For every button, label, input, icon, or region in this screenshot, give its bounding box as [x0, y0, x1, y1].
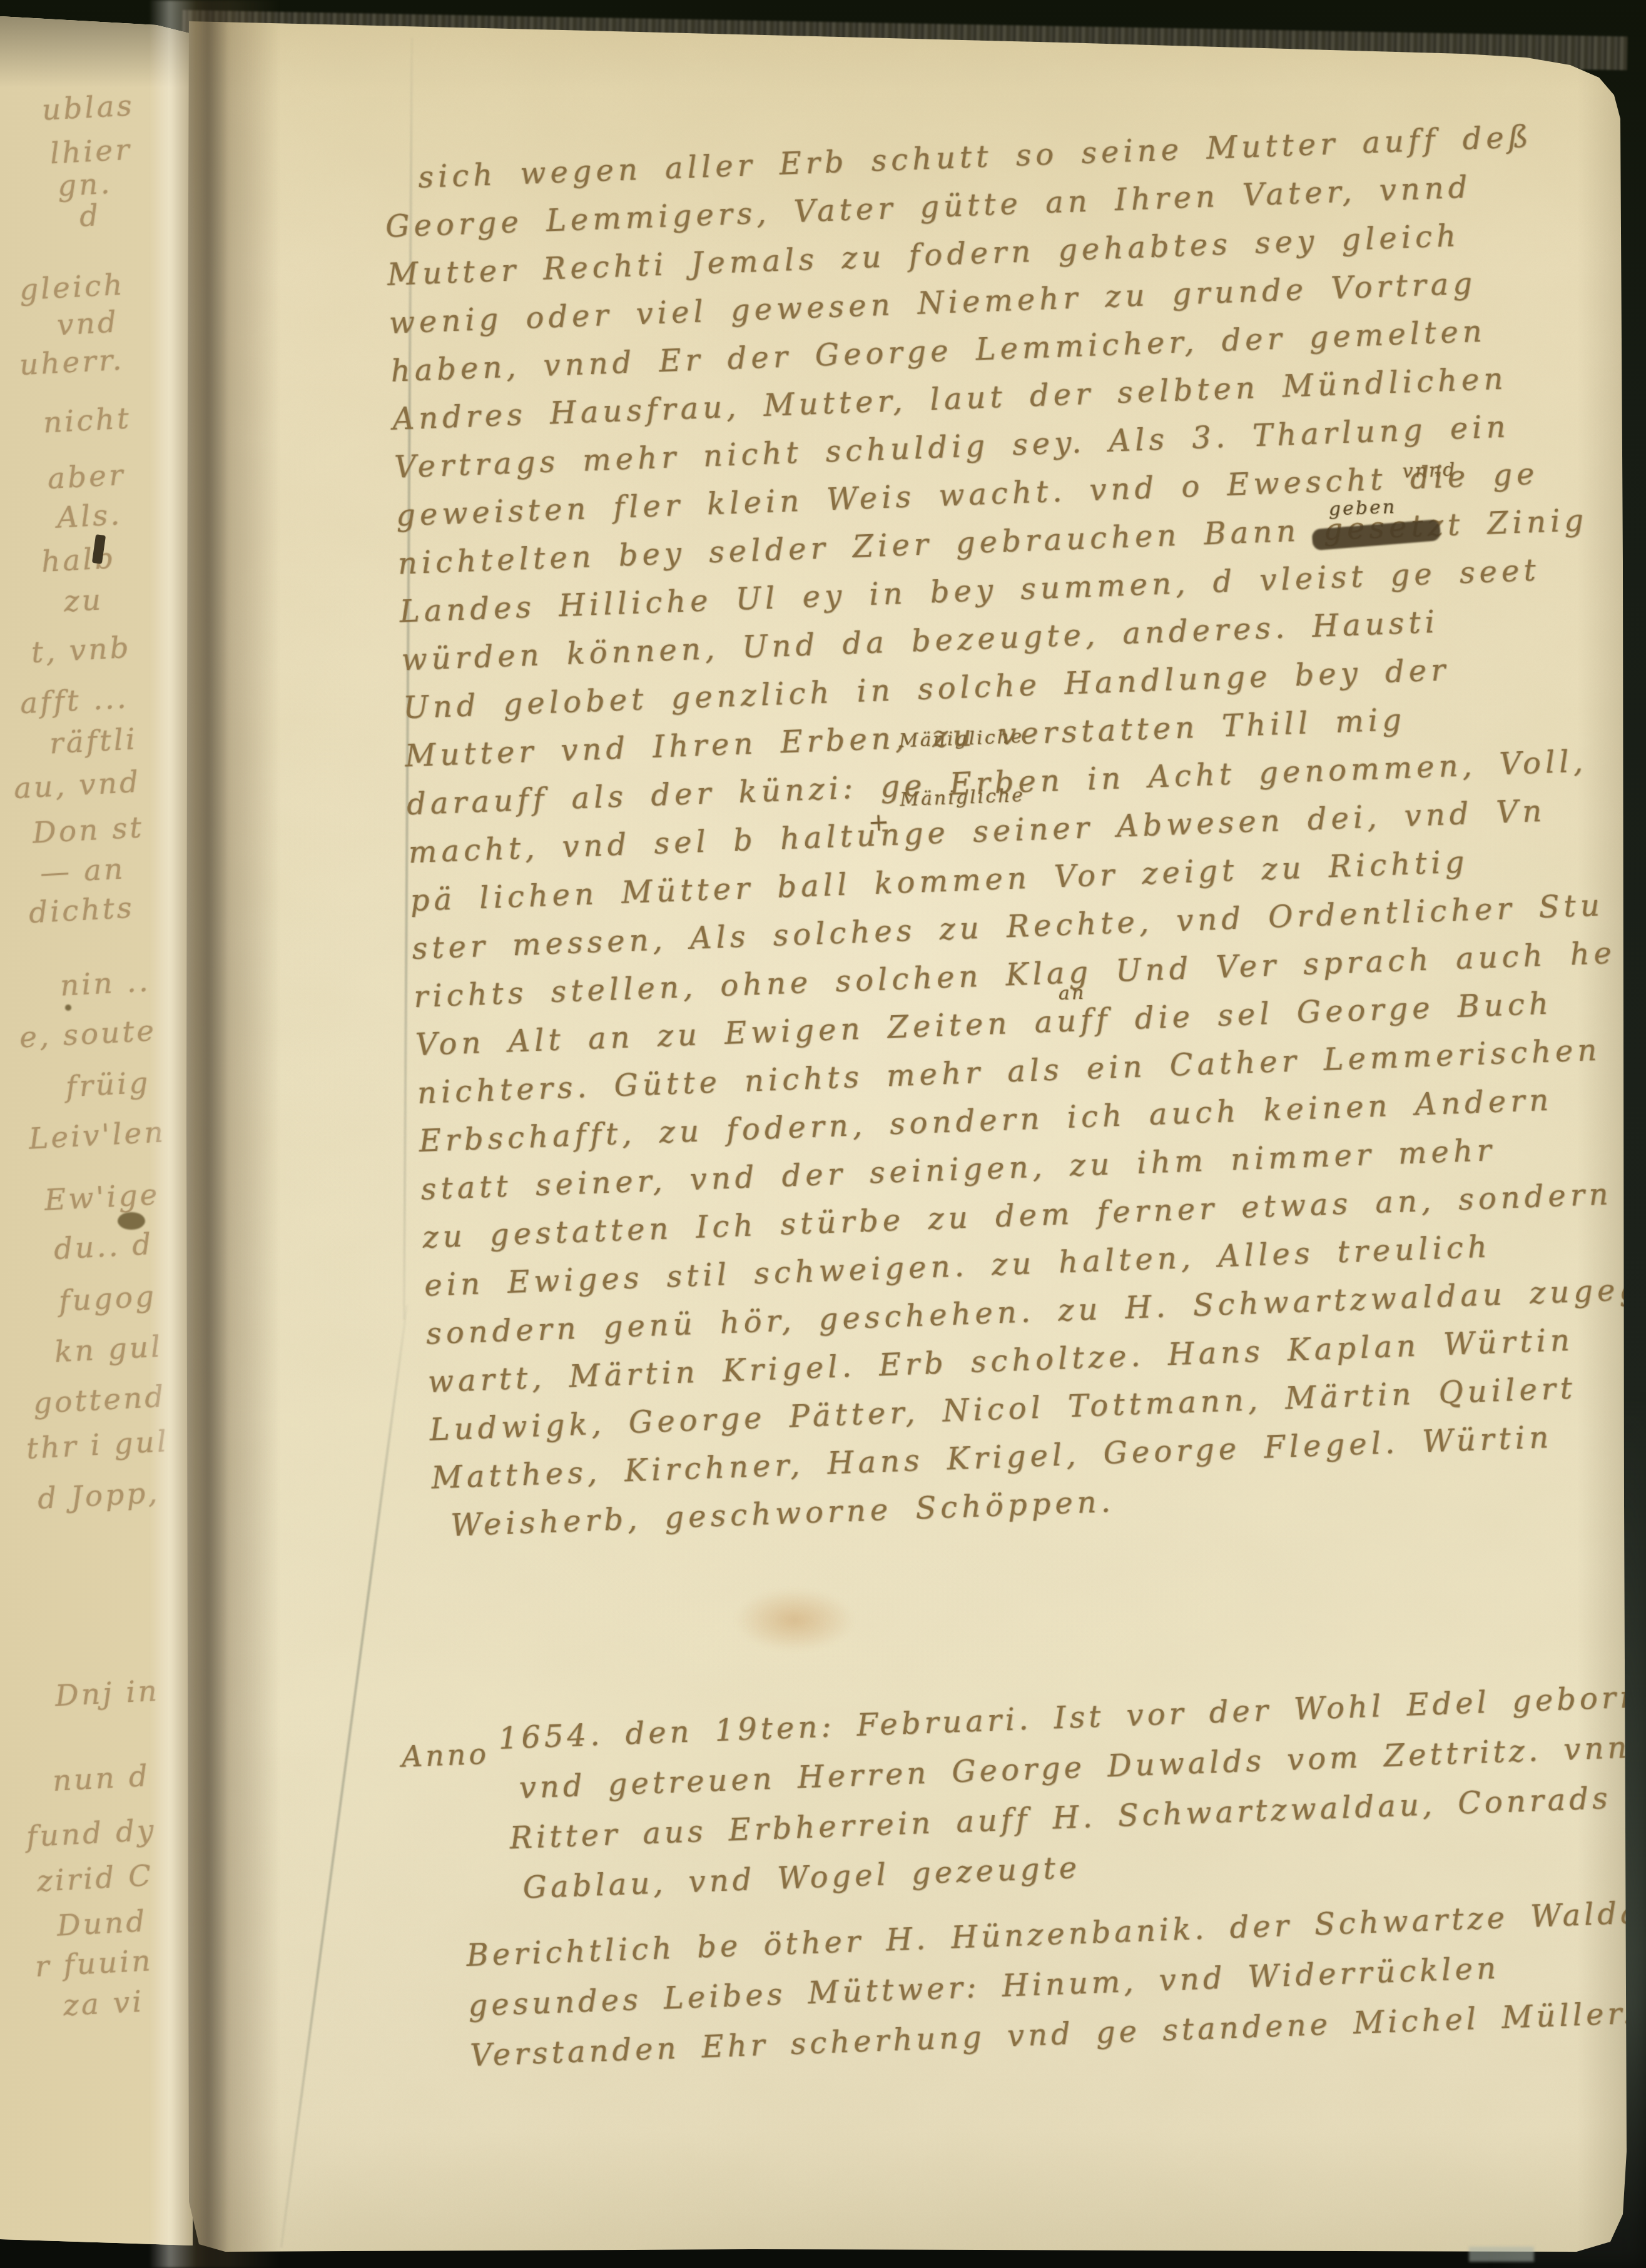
left-page-fragment: nicht — [43, 401, 132, 440]
left-page-fragment: zu — [63, 582, 104, 619]
left-page-fragment: lhier — [49, 133, 133, 171]
left-page-fragment: Als. — [56, 497, 123, 535]
interlinear-insertion: an — [1058, 982, 1085, 1005]
left-page-fragment: za vi — [62, 1985, 145, 2023]
left-page-fragment: d — [78, 198, 101, 234]
left-page-fragment: t, vnb — [31, 630, 132, 670]
interlinear-insertion: Mänigliche — [900, 784, 1025, 811]
left-page-fragment: e, soute — [19, 1013, 158, 1055]
dark-ink-blob — [118, 1212, 145, 1230]
left-page-fragment: räftli — [49, 722, 139, 761]
paragraph-agreement: sich wegen aller Erb schutt so seine Mut… — [383, 109, 1646, 1551]
margin-word-anno: Anno — [401, 1737, 490, 1774]
left-page-fragment: — an — [39, 851, 126, 890]
handwritten-text-block: sich wegen aller Erb schutt so seine Mut… — [383, 109, 1646, 1551]
ink-stain — [735, 1589, 854, 1651]
fold-crease — [280, 1305, 409, 2247]
left-page-fragment: afft ... — [19, 681, 129, 721]
binding-gutter-shadow — [149, 0, 280, 2268]
left-page-fragment: nin .. — [59, 964, 151, 1003]
paragraph-date-entry: Anno 1654. den 19ten: Februari. Ist vor … — [440, 1670, 1646, 1916]
left-page-fragment: kn gul — [54, 1330, 164, 1370]
left-page-fragment: Ew'ige — [43, 1177, 160, 1218]
left-page-fragment: uherr. — [19, 343, 125, 383]
left-page-fragment: Dund — [56, 1904, 148, 1943]
left-page-fragment: du.. d — [53, 1227, 154, 1267]
insertion-caret-mark: + — [868, 807, 890, 837]
underlying-page-sliver — [1469, 2247, 1534, 2262]
left-page-fragment: aber — [46, 458, 126, 496]
left-page-fragment: fugog — [58, 1279, 158, 1319]
left-page-fragment: r fuuin — [34, 1943, 154, 1984]
left-page-fragment: au, vnd — [13, 765, 142, 806]
interlinear-insertion: vnnd — [1402, 458, 1457, 482]
left-page-fragment: ublas — [41, 88, 135, 128]
left-page-fragment: Leiv'len — [28, 1115, 166, 1156]
left-page-fragment: vnd — [56, 305, 120, 342]
interlinear-insertion: Mänigliche — [898, 726, 1024, 752]
left-page-fragment: halb — [40, 541, 116, 579]
left-page-fragment: d Jopp, — [36, 1476, 160, 1516]
manuscript-photo: ublas lhier gn. d gleich vnd uherr. nich… — [0, 0, 1646, 2268]
interlinear-insertion: geben — [1328, 496, 1396, 520]
left-page-fragment: gleich — [19, 268, 126, 308]
left-page-fragment: gottend — [32, 1379, 166, 1420]
left-page-fragment: dichts — [28, 891, 135, 931]
left-page-fragment: früig — [64, 1065, 151, 1104]
left-page-fragment: zirid C — [36, 1858, 154, 1899]
ink-speck — [65, 1005, 71, 1011]
left-page-fragment: Don st — [31, 810, 145, 850]
left-page-fragment: nun d — [52, 1759, 151, 1798]
left-page-fragment: Dnj in — [54, 1674, 160, 1714]
left-page-fragment: thr i gul — [26, 1424, 170, 1466]
paragraph-closing-note: Berichtlich be öther H. Hünzenbanik. der… — [448, 1886, 1646, 2082]
left-page-fragment: fund dy — [26, 1813, 157, 1855]
left-page-fragment: gn. — [56, 166, 113, 203]
